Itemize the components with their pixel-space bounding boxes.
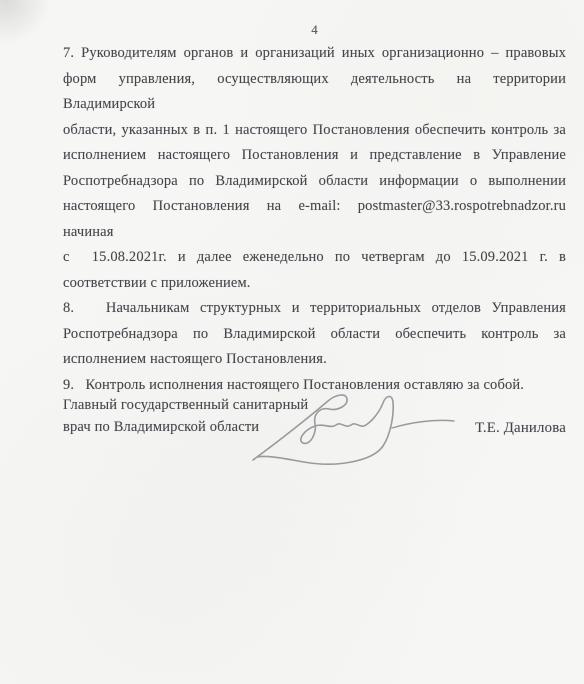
text-line: 7. Руководителям органов и организаций и… [63,41,566,67]
text-line: соответствии с приложением. [63,271,566,297]
text-line: исполнением настоящего Постановления. [63,347,566,373]
text-line: Роспотребнадзора по Владимирской области… [63,322,566,348]
signee-name: Т.Е. Данилова [475,420,566,437]
text-line: настоящего Постановления на e-mail: post… [63,194,566,245]
text-line: 8. Начальникам структурных и территориал… [63,296,566,322]
text-line: форм управления, осуществляющих деятельн… [63,67,566,118]
page-number: 4 [63,22,566,38]
text-line: с 15.08.2021г. и далее еженедельно по че… [63,245,566,271]
handwritten-signature-icon [240,386,460,474]
text-line: Роспотребнадзора по Владимирской области… [63,169,566,195]
text-line: области, указанных в п. 1 настоящего Пос… [63,118,566,144]
text-line: исполнением настоящего Постановления и п… [63,143,566,169]
document-text: 7. Руководителям органов и организаций и… [63,41,566,398]
scanned-document-page: 4 7. Руководителям органов и организаций… [0,0,584,684]
